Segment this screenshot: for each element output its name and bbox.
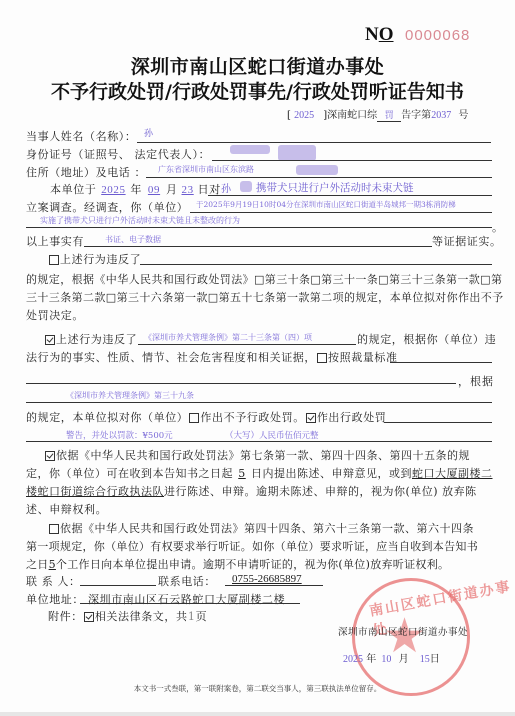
hearing-line-2: 第一项规定，你（单位）有权要求举行听证。如你（单位）要求听证，应当自收到本告知书 [26,538,478,554]
party-address-label: 住所（地址）及电话 ： [26,164,146,180]
statement-line-1: 依据《中华人民共和国行政处罚法》第七条第一款、第四十四条、第四十五条的规 [44,447,470,463]
contact-person-line [80,585,156,586]
sig-day: 15 [420,654,430,665]
reference-number: [ 2025 ]深南蛇口综罚告字第2037 号 [287,106,468,122]
contact-phone-label: 联系电话： [158,573,216,589]
document-title: 不予行政处罚/行政处罚事先/行政处罚听证告知书 [0,77,515,104]
inv-line2-label: 立案调查。经调查，你（单位） [26,199,188,215]
party-name-value: 孙 [144,126,153,139]
ref-mid: 告字第 [401,110,431,121]
contact-phone-value: 0755-26685897 [232,573,302,585]
ref-type: 罚 [377,108,401,122]
no-penalty-para-2: 三十三条第二款□第三十六条第一款□第五十七条第一款第二项的规定，本单位拟对你作出… [26,289,504,305]
basis-value: 《深圳市养犬管理条例》第三十九条 [66,390,194,401]
statement-line3b: 进行陈述、申辩。逾期未陈述、申辩的，视为你(单位) 放弃陈 [164,485,477,498]
penalty-caps: （大写）人民币伍佰元整 [225,429,319,441]
penalty-line-2: 法行为的事实、性质、情节、社会危害程度和相关证据，按照裁量标准 [26,349,398,365]
no-penalty-checkbox[interactable] [49,255,59,265]
statement-line-3: 楼蛇口街道综合行政执法队进行陈述、申辩。逾期未陈述、申辩的，视为你(单位) 放弃… [26,483,477,499]
investigation-line: 本单位于2025年09月23日对 [50,181,221,197]
no-penalty-lead: 上述行为违反了 [48,251,141,267]
party-address-line [146,177,492,178]
statement-line1-text: 依据《中华人民共和国行政处罚法》第七条第一款、第四十四条、第四十五条的规 [56,449,470,462]
party-name-line [137,142,491,143]
sig-year-unit: 年 [366,654,376,665]
ref-prefix: ]深南蛇口综 [323,110,377,121]
sig-year: 2025 [343,654,363,665]
standard-line-2 [26,383,456,384]
penalty-value-line [26,441,492,442]
penalty-lead: 上述行为违反了 [44,331,137,347]
attachment-label: 附件： [48,610,83,623]
attachment-text: 相关法律条文，共 [95,610,188,623]
party-id-label: 身份证号（证照号、 法定代表人）： [26,146,210,162]
no-penalty-para-3: 处罚决定。 [26,307,84,323]
sig-month-unit: 月 [399,654,409,665]
serial-label: NO [365,24,394,46]
penalty-option-line [384,422,492,423]
hearing-checkbox[interactable] [49,524,59,534]
basis-line [26,402,492,403]
statement-place-a: 蛇口大厦副楼二 [412,467,493,480]
penalty-violated: 《深圳市养犬管理条例》第二十三条第（四）项 [144,332,312,343]
no-penalty-option-checkbox[interactable] [189,413,199,423]
redacted-id-2 [278,145,316,161]
inv-year-unit: 年 [130,183,142,196]
party-id-line [212,160,492,161]
signature-org: 深圳市南山区蛇口街道办事处 [338,624,468,638]
contact-address-line [80,603,300,604]
attachment-count: 1 [188,610,196,623]
standard-line-1 [390,362,492,363]
hearing-line3b: 个工作日向本单位提出申请。逾期不申请听证的，视为你(单位)放弃听证权利。 [56,558,449,571]
penalty-line2-text: 法行为的事实、性质、情节、社会危害程度和相关证据， [26,351,316,364]
statement-place-b: 楼蛇口街道综合行政执法队 [26,485,164,498]
sig-month: 10 [381,654,391,665]
inv-month: 09 [142,184,166,196]
inv-case: 携带犬只进行户外活动时未束犬链 [256,180,414,195]
inv-subject: 孙 [221,180,231,195]
redacted-id [230,145,270,154]
inv-finding-line-2 [26,227,492,228]
inv-month-unit: 月 [166,183,178,196]
ref-year: 2025 [294,110,314,121]
statement-checkbox[interactable] [45,451,55,461]
inv-day: 23 [178,184,198,196]
decision-line: 的规定，本单位拟对你（单位）作出不予行政处罚。作出行政处罚 [26,409,386,425]
attachment-row: 附件：相关法律条文，共1页 [48,608,207,624]
penalty-value: 警告，并处以罚款：¥500元 [66,429,173,441]
no-penalty-option: 作出不予行政处罚。 [200,411,304,424]
signature-date: 2025 年 10 月 15日 [343,650,440,665]
penalty-lead-text: 上述行为违反了 [56,333,137,346]
issuer-title: 深圳市南山区蛇口街道办事处 [0,52,515,79]
statement-line2a: 定，你（单位）可在收到本告知书之日起 [26,467,233,480]
penalty-violated-line [138,344,356,345]
evidence-label: 以上事实有 [26,233,84,249]
no-penalty-lead-text: 上述行为违反了 [60,253,141,266]
penalty-checkbox[interactable] [45,335,55,345]
inv-case-line [208,195,492,196]
penalty-option: 作出行政处罚 [317,411,387,424]
standard-checkbox[interactable] [317,353,327,363]
ref-bracket: [ [287,110,291,121]
contact-person-label: 联 系 人： [26,573,81,589]
contact-address-value: 深圳市南山区石云路蛇口大厦副楼二楼 [88,591,285,607]
contact-phone-line [225,585,323,586]
inv-year: 2025 [96,184,130,196]
standard-label: 按照裁量标准 [328,351,398,364]
hearing-days: 5 [49,558,56,571]
penalty-after: 的规定，根据你（单位）违 [357,331,496,347]
inv-finding-2: 实施了携带犬只进行户外活动时未束犬链且未整改的行为 [40,215,240,226]
notice-document: NO 0000068 深圳市南山区蛇口街道办事处 不予行政处罚/行政处罚事先/行… [0,0,515,712]
ref-number: 2037 [431,110,451,121]
contact-address-label: 单位地址： [26,591,84,607]
hearing-line1-text: 依据《中华人民共和国行政处罚法》第四十四条、第六十三条第一款、第六十四条 [60,522,474,535]
penalty-option-checkbox[interactable] [306,413,316,423]
evidence-suffix: 等证据证实。 [432,233,502,249]
attachment-checkbox[interactable] [84,612,94,622]
basis-suffix: ，根据 [458,373,494,389]
serial-number: 0000068 [405,27,470,44]
serial-label-o: O [379,24,394,45]
redacted-subject [240,181,252,192]
statement-line-4: 述、申辩权利。 [26,501,107,517]
statement-days: 5 [233,467,251,480]
statement-line-2: 定，你（单位）可在收到本告知书之日起5日内提出陈述、申辩意见，或到蛇口大厦副楼二 [26,465,493,481]
hearing-line-1: 依据《中华人民共和国行政处罚法》第四十四条、第六十三条第一款、第六十四条 [48,520,474,536]
inv-finding-line-1 [190,212,492,213]
inv-lead: 本单位于 [50,183,96,196]
sig-day-unit: 日 [430,654,440,665]
no-penalty-para-1: 的规定，根据《中华人民共和国行政处罚法》□第三十条□第三十一条□第三十三条第一款… [26,271,502,287]
bottom-bar [0,712,515,716]
evidence-value: 书证、电子数据 [105,234,161,245]
hearing-line-3: 之日5个工作日向本单位提出申请。逾期不申请听证的，视为你(单位)放弃听证权利。 [26,556,449,572]
party-address-value: 广东省深圳市南山区东滨路 [158,164,254,175]
redacted-phone [296,165,338,175]
hearing-line3a: 之日 [26,558,49,571]
inv-finding-1: 于2025年9月19日10时04分在深圳市南山区蛇口街道半岛城邦一期3栋消防梯 [196,199,456,210]
no-penalty-violated-line [140,264,492,265]
decision-lead: 的规定，本单位拟对你（单位） [26,411,188,424]
evidence-line [84,246,432,247]
footer-note: 本文书一式叁联，第一联附案卷，第二联交当事人，第三联执法单位留存。 [0,683,515,694]
ref-suffix: 号 [458,110,468,121]
attachment-unit: 页 [196,610,208,623]
statement-line2b: 日内提出陈述、申辩意见，或到 [251,467,412,480]
party-name-label: 当事人姓名（名称）： [26,128,137,144]
